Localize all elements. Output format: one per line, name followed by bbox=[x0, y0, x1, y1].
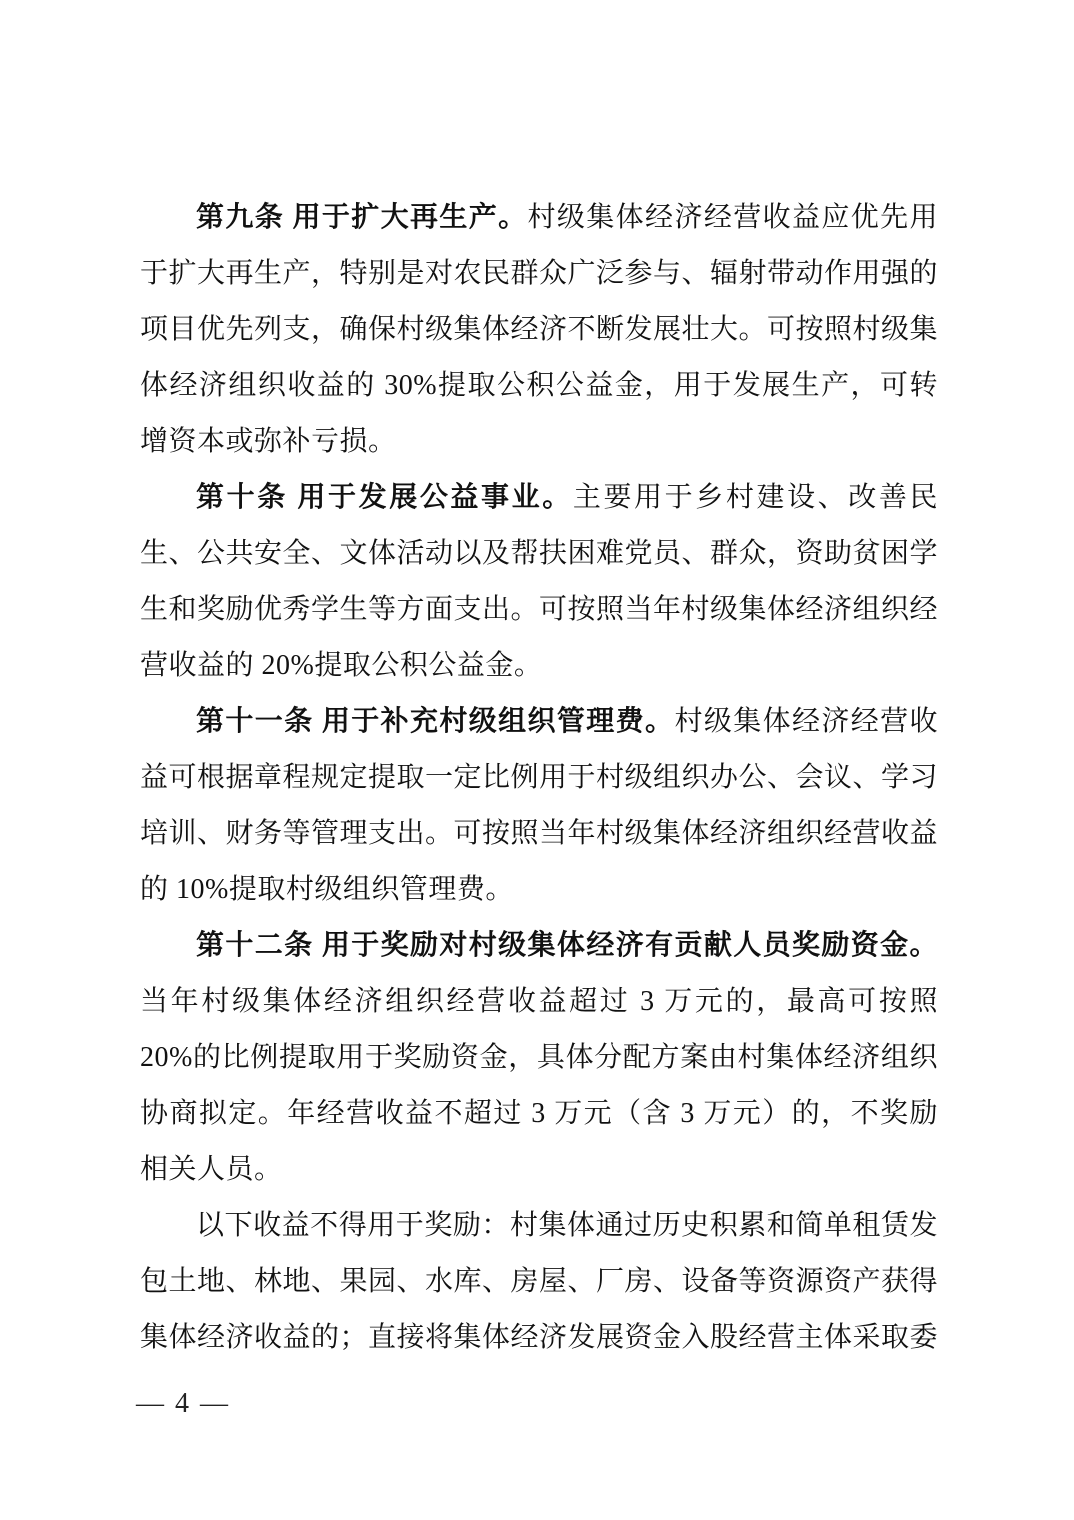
document-page: 第九条 用于扩大再生产。村级集体经济经营收益应优先用于扩大再生产，特别是对农民群… bbox=[0, 0, 1074, 1520]
article-11-heading: 第十一条 用于补充村级组织管理费。 bbox=[196, 706, 674, 737]
paragraph-article-10: 第十条 用于发展公益事业。主要用于乡村建设、改善民生、公共安全、文体活动以及帮扶… bbox=[140, 470, 938, 694]
article-9-heading: 第九条 用于扩大再生产。 bbox=[196, 202, 528, 233]
page-number: — 4 — bbox=[136, 1384, 230, 1424]
article-12-text: 当年村级集体经济组织经营收益超过 3 万元的，最高可按照 20%的比例提取用于奖… bbox=[140, 986, 938, 1185]
article-12-heading: 第十二条 用于奖励对村级集体经济有贡献人员奖励资金。 bbox=[196, 930, 938, 961]
paragraph-article-11: 第十一条 用于补充村级组织管理费。村级集体经济经营收益可根据章程规定提取一定比例… bbox=[140, 694, 938, 918]
document-body: 第九条 用于扩大再生产。村级集体经济经营收益应优先用于扩大再生产，特别是对农民群… bbox=[140, 190, 938, 1366]
paragraph-exclusions: 以下收益不得用于奖励：村集体通过历史积累和简单租赁发包土地、林地、果园、水库、房… bbox=[140, 1198, 938, 1366]
exclusions-text: 以下收益不得用于奖励：村集体通过历史积累和简单租赁发包土地、林地、果园、水库、房… bbox=[140, 1210, 938, 1353]
article-10-heading: 第十条 用于发展公益事业。 bbox=[196, 482, 573, 513]
paragraph-article-9: 第九条 用于扩大再生产。村级集体经济经营收益应优先用于扩大再生产，特别是对农民群… bbox=[140, 190, 938, 470]
paragraph-article-12: 第十二条 用于奖励对村级集体经济有贡献人员奖励资金。当年村级集体经济组织经营收益… bbox=[140, 918, 938, 1198]
article-9-text: 村级集体经济经营收益应优先用于扩大再生产，特别是对农民群众广泛参与、辐射带动作用… bbox=[140, 202, 938, 457]
